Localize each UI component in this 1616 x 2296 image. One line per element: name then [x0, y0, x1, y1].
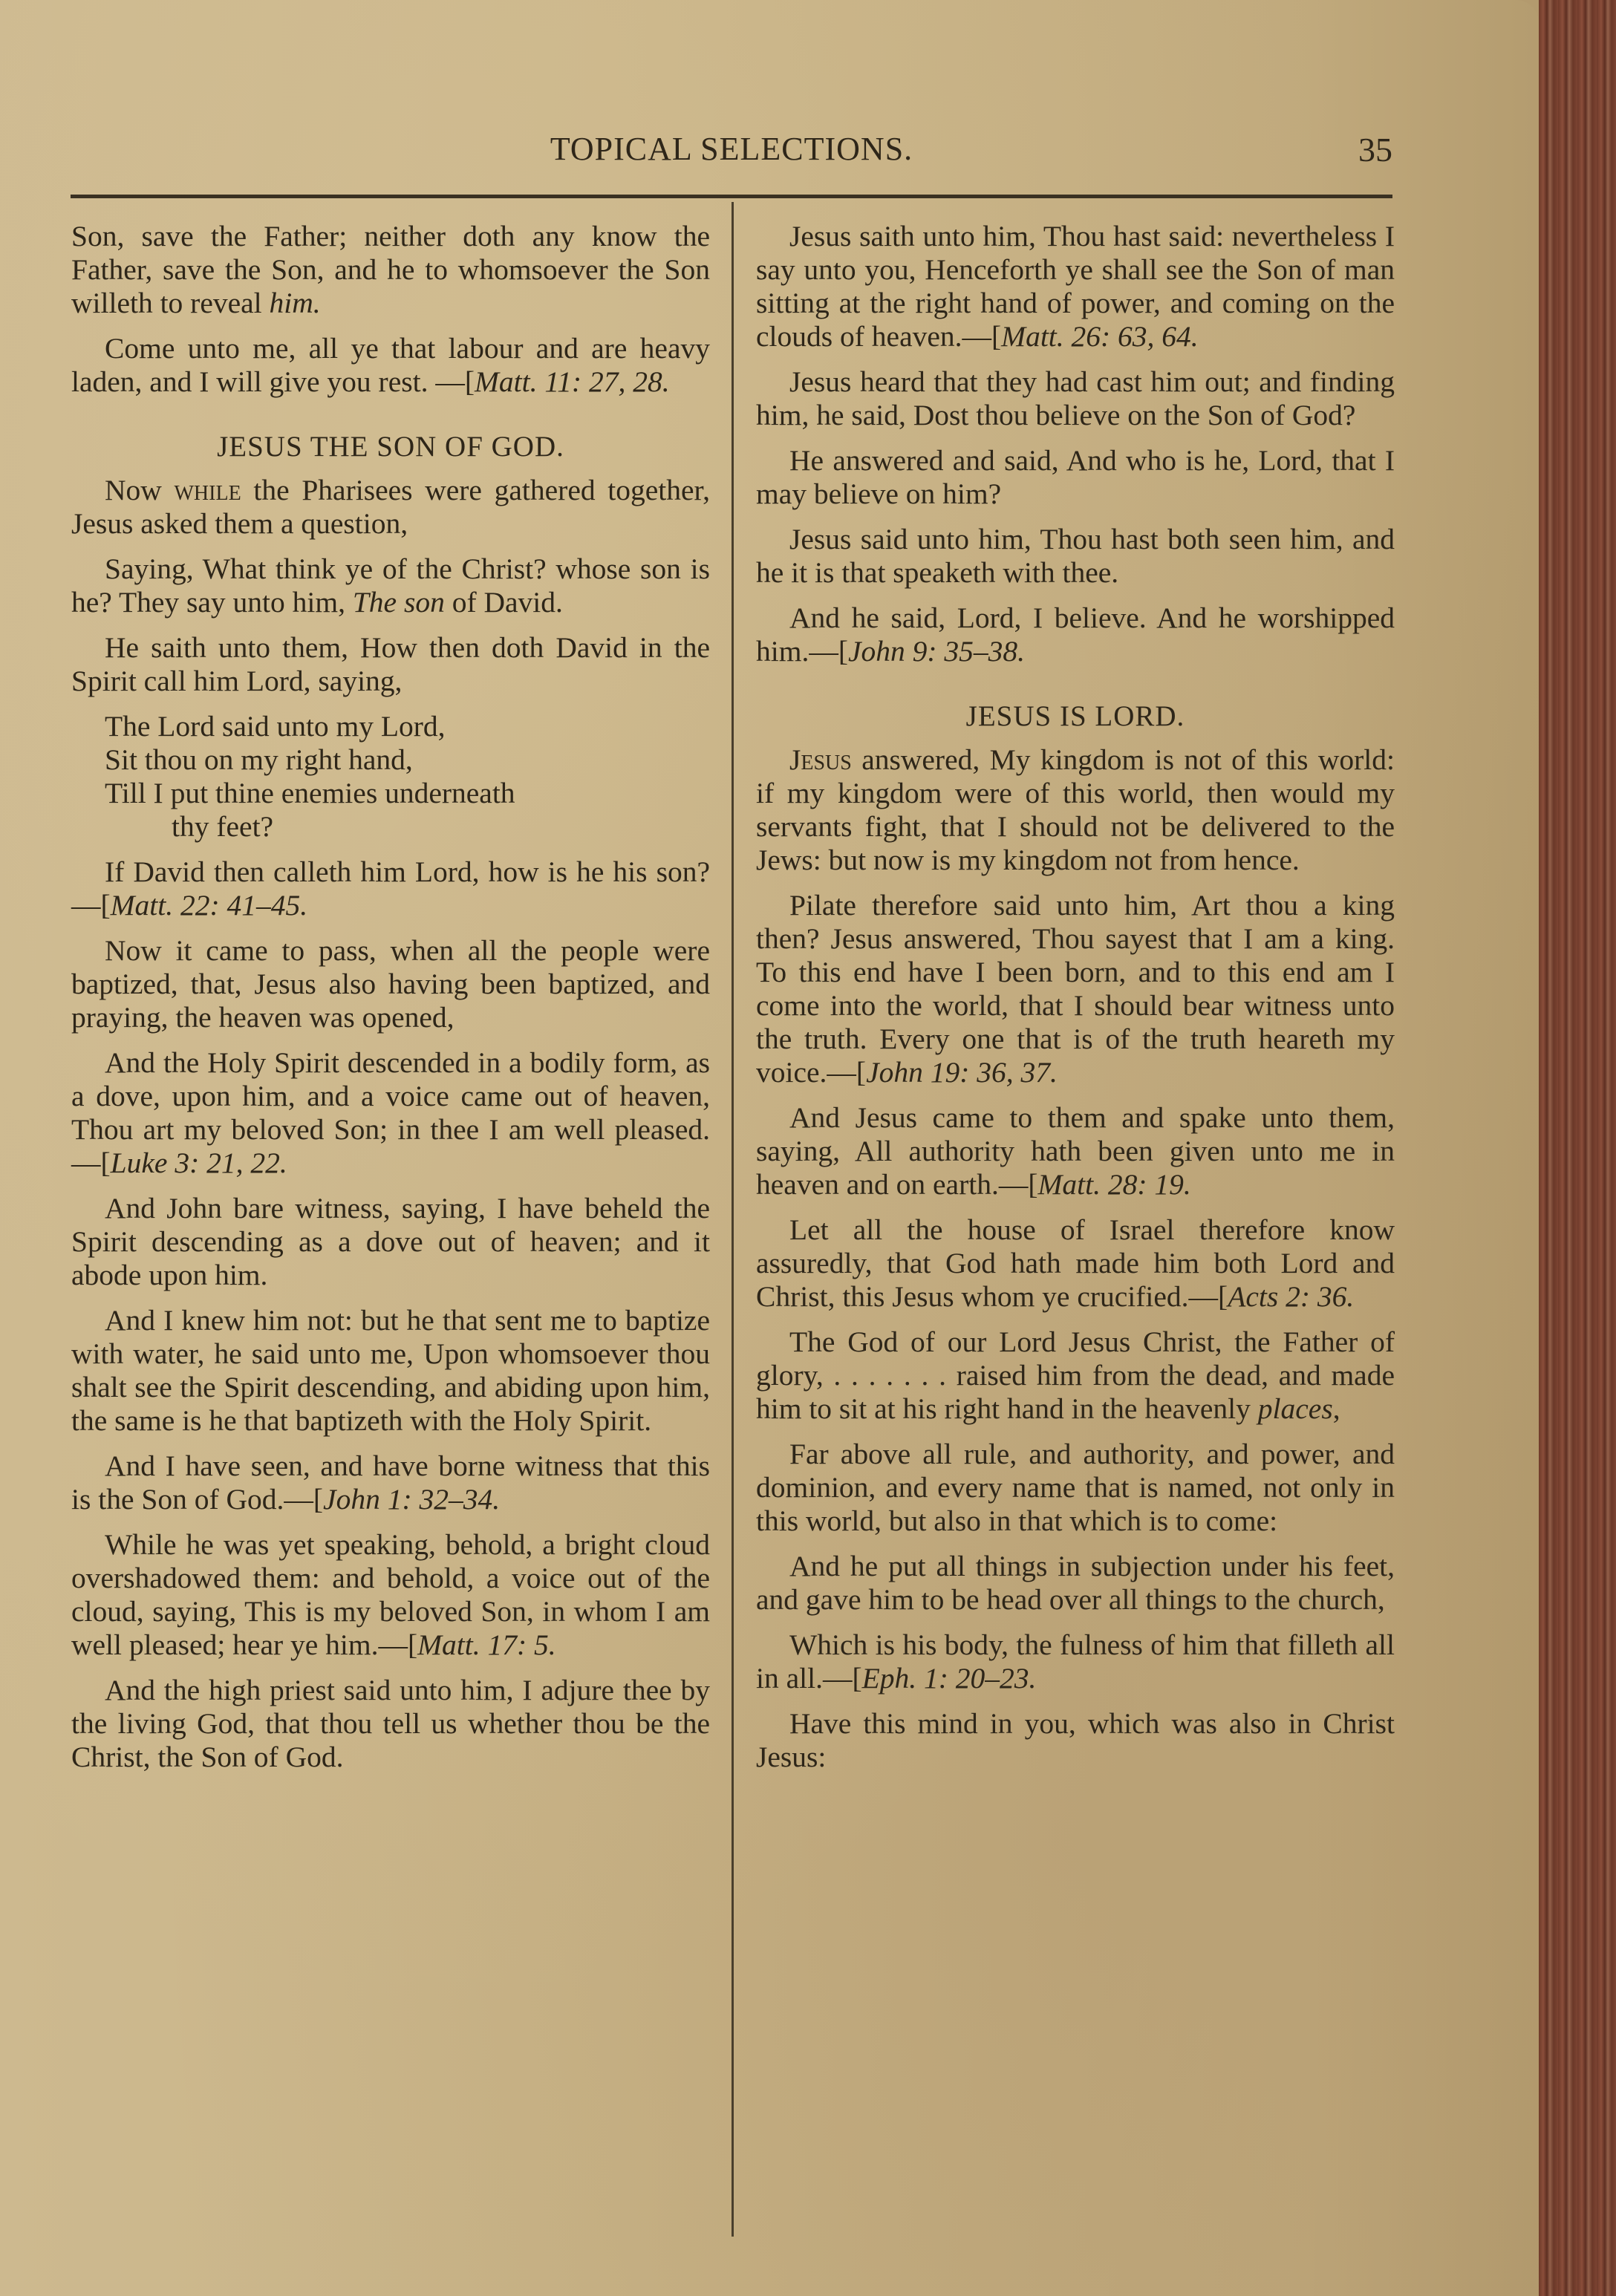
right-column: Jesus saith unto him, Thou hast said: ne…: [756, 220, 1395, 1786]
scripture-reference: John 9: 35–38.: [848, 635, 1025, 668]
scripture-reference: Eph. 1: 20–23.: [862, 1662, 1037, 1695]
running-head-title: TOPICAL SELECTIONS.: [71, 130, 1392, 168]
column-divider: [732, 202, 734, 2237]
paragraph: Now while the Pharisees were gathered to…: [71, 474, 710, 541]
paragraph: And I have seen, and have borne witness …: [71, 1449, 710, 1516]
paragraph: Saying, What think ye of the Christ? who…: [71, 552, 710, 619]
paragraph: And Jesus came to them and spake unto th…: [756, 1101, 1395, 1201]
paragraph: And I knew him not: but he that sent me …: [71, 1304, 710, 1438]
paragraph: Far above all rule, and authority, and p…: [756, 1438, 1395, 1538]
paragraph: Have this mind in you, which was also in…: [756, 1707, 1395, 1774]
paragraph: Jesus saith unto him, Thou hast said: ne…: [756, 220, 1395, 353]
section-heading: JESUS IS LORD.: [756, 699, 1395, 733]
paragraph: Jesus heard that they had cast him out; …: [756, 365, 1395, 432]
italic-text: him.: [270, 287, 321, 319]
paragraph: Now it came to pass, when all the people…: [71, 934, 710, 1034]
scripture-reference: Matt. 17: 5.: [417, 1628, 556, 1661]
scripture-reference: Matt. 22: 41–45.: [111, 889, 308, 922]
paragraph: He answered and said, And who is he, Lor…: [756, 444, 1395, 511]
poem-line: Till I put thine enemies underneath: [105, 777, 710, 810]
italic-text: The son: [353, 586, 445, 619]
book-page-edges: [1539, 0, 1616, 2296]
paragraph: And the high priest said unto him, I adj…: [71, 1674, 710, 1774]
running-head: TOPICAL SELECTIONS. 35: [71, 130, 1392, 175]
italic-text: places: [1258, 1392, 1333, 1425]
page-number: 35: [1358, 130, 1392, 169]
paragraph: And the Holy Spirit descended in a bodil…: [71, 1046, 710, 1180]
poem-quotation: The Lord said unto my Lord, Sit thou on …: [105, 710, 710, 844]
paragraph: While he was yet speaking, behold, a bri…: [71, 1528, 710, 1662]
paragraph: And he said, Lord, I believe. And he wor…: [756, 601, 1395, 668]
header-rule: [71, 195, 1392, 198]
small-caps-text: esus: [801, 743, 851, 776]
paragraph: Jesus said unto him, Thou hast both seen…: [756, 523, 1395, 590]
poem-line: Sit thou on my right hand,: [105, 743, 710, 777]
scripture-reference: Matt. 11: 27, 28.: [475, 365, 670, 398]
poem-line: thy feet?: [105, 810, 710, 844]
small-caps-text: while: [175, 474, 241, 506]
paragraph: Which is his body, the fulness of him th…: [756, 1628, 1395, 1695]
paragraph: The God of our Lord Jesus Christ, the Fa…: [756, 1325, 1395, 1426]
left-column: Son, save the Father; neither doth any k…: [71, 220, 710, 1786]
paragraph: Pilate therefore said unto him, Art thou…: [756, 889, 1395, 1089]
paragraph: If David then calleth him Lord, how is h…: [71, 855, 710, 922]
paragraph: Jesus answered, My kingdom is not of thi…: [756, 743, 1395, 877]
scripture-reference: John 1: 32–34.: [323, 1483, 500, 1516]
section-heading: JESUS THE SON OF GOD.: [71, 430, 710, 463]
scripture-reference: Matt. 28: 19.: [1037, 1168, 1190, 1201]
poem-line: The Lord said unto my Lord,: [105, 710, 710, 743]
scripture-reference: Luke 3: 21, 22.: [111, 1147, 287, 1179]
paragraph: And John bare witness, saying, I have be…: [71, 1192, 710, 1292]
scripture-reference: Acts 2: 36.: [1228, 1280, 1354, 1313]
scripture-reference: John 19: 36, 37.: [866, 1056, 1058, 1089]
scripture-reference: Matt. 26: 63, 64.: [1001, 320, 1199, 353]
paragraph: He saith unto them, How then doth David …: [71, 631, 710, 698]
paragraph: And he put all things in subjection unde…: [756, 1550, 1395, 1617]
paragraph: Come unto me, all ye that labour and are…: [71, 332, 710, 399]
paragraph: Son, save the Father; neither doth any k…: [71, 220, 710, 320]
book-page: TOPICAL SELECTIONS. 35 Son, save the Fat…: [0, 0, 1539, 2296]
paragraph: Let all the house of Israel therefore kn…: [756, 1213, 1395, 1314]
